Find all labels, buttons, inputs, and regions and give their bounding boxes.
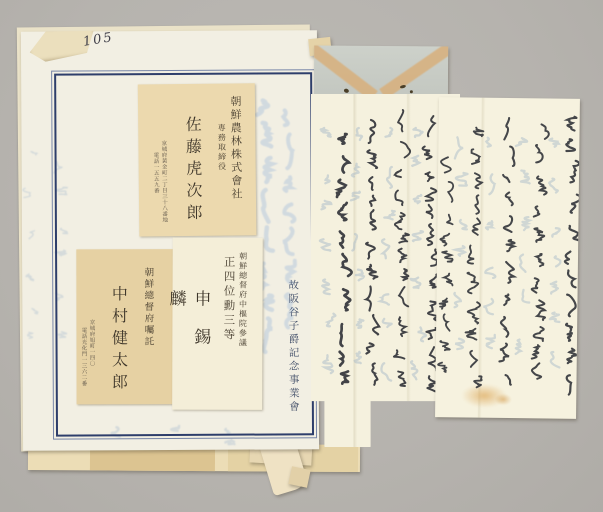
card-affiliation: 朝鮮總督府中樞院參議 (237, 252, 249, 402)
memorial-association-stamp: 故阪谷子爵記念事業會 (286, 279, 302, 419)
address-line: 京城府旭町一四〇 (87, 319, 95, 396)
ink-speck (400, 84, 407, 88)
card-name: 中村健太郎 (107, 285, 130, 396)
folded-paper-corner (288, 466, 310, 488)
ink-speck (343, 88, 349, 93)
card-name: 佐藤虎次郎 (181, 116, 205, 228)
business-card-shin: 朝鮮總督府中樞院參議 正四位勳三等 申錫麟 (172, 238, 263, 410)
card-company: 朝鮮農林株式會社 (227, 95, 244, 227)
business-card-sato: 朝鮮農林株式會社 専務取締役 佐藤虎次郎 京城府黃金町二丁目三十八番地 電話一五… (138, 83, 257, 236)
card-rank: 正四位勳三等 (221, 256, 238, 402)
letter-sheet-right (435, 97, 580, 419)
glue-stain (379, 46, 448, 99)
card-address: 京城府旭町一四〇 電話光化門一三六二番 (79, 319, 95, 396)
card-address: 京城府黃金町二丁目三十八番地 電話一五五九番 (151, 140, 168, 228)
photo-backdrop: 105 故阪谷子爵記念事業會 朝鮮農林株式會社 専務取締役 佐藤虎次郎 京城府黃… (0, 0, 603, 512)
handwritten-calligraphy (435, 97, 580, 419)
address-line: 京城府黃金町二丁目三十八番地 (159, 140, 168, 228)
card-title: 専務取締役 (216, 124, 228, 228)
business-card-nakamura: 朝鮮總督府囑託 中村健太郎 京城府旭町一四〇 電話光化門一三六二番 (76, 249, 176, 404)
ink-speck (410, 90, 413, 93)
album-page: 105 故阪谷子爵記念事業會 朝鮮農林株式會社 専務取締役 佐藤虎次郎 京城府黃… (21, 30, 319, 451)
card-affiliation: 朝鮮總督府囑託 (140, 267, 154, 396)
phone-line: 電話一五五九番 (151, 152, 160, 228)
phone-line: 電話光化門一三六二番 (79, 327, 87, 396)
card-name: 申錫麟 (163, 290, 213, 402)
